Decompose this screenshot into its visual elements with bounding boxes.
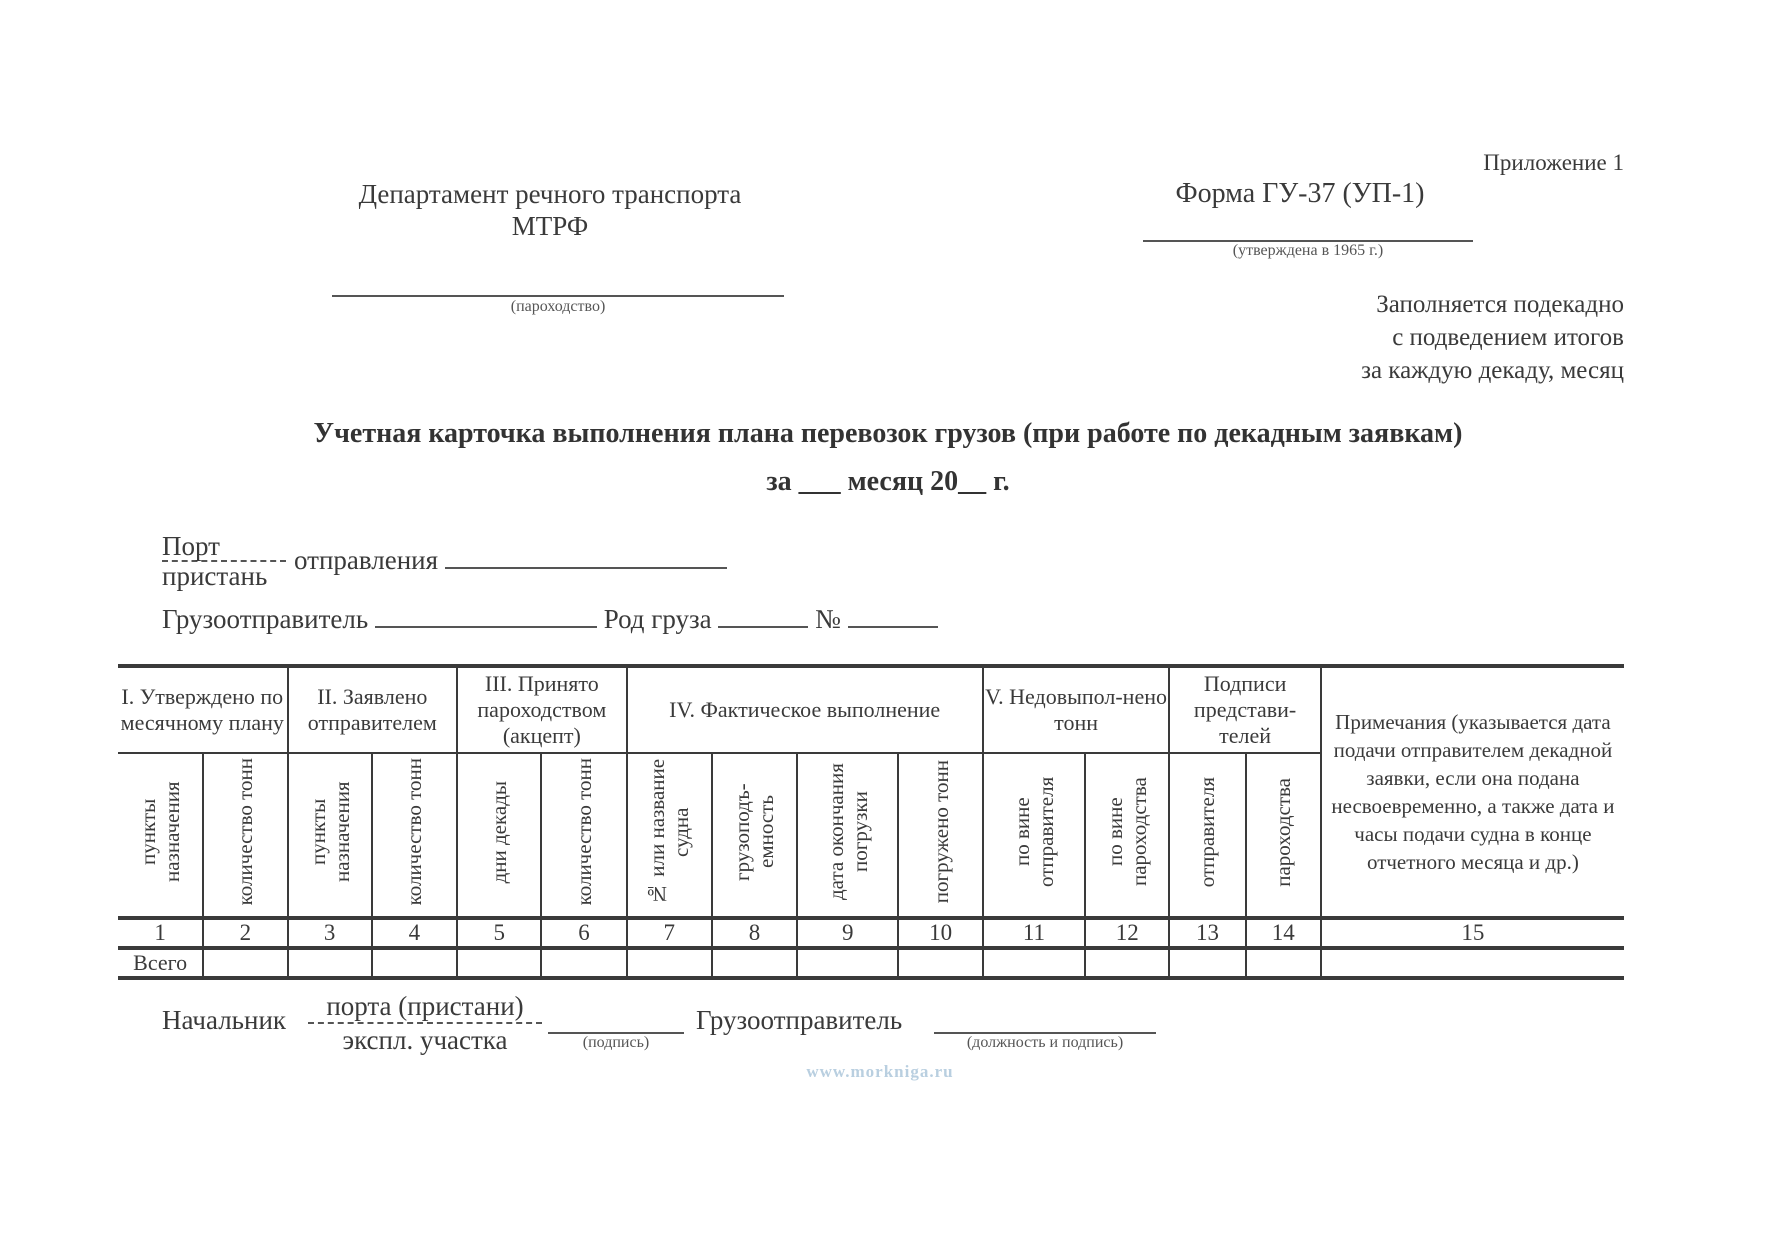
- fill-note-line: с подведением итогов: [1200, 321, 1624, 354]
- column-number: 6: [541, 918, 626, 948]
- shipper-row: Грузоотправитель Род груза №: [162, 604, 938, 635]
- subheader-text: пункты назначения: [306, 754, 354, 910]
- document-period: за ___ месяц 20__ г.: [100, 466, 1676, 498]
- subheader: дата окончания погрузки: [797, 753, 898, 918]
- fill-note-line: за каждую декаду, месяц: [1200, 354, 1624, 387]
- column-number: 14: [1246, 918, 1321, 948]
- column-number: 12: [1085, 918, 1169, 948]
- subheader: пункты назначения: [288, 753, 372, 918]
- number-input[interactable]: [848, 604, 938, 628]
- subheader: по вине пароходства: [1085, 753, 1169, 918]
- column-number: 4: [372, 918, 457, 948]
- subheader: грузоподъ-емность: [712, 753, 797, 918]
- appendix-label: Приложение 1: [1380, 150, 1624, 176]
- table-cell[interactable]: [898, 948, 982, 978]
- department-name: Департамент речного транспорта МТРФ: [300, 178, 800, 242]
- subheader: пункты назначения: [118, 753, 203, 918]
- subheader-text: грузоподъ-емность: [730, 754, 778, 910]
- subheader-text: пароходства: [1271, 778, 1295, 887]
- shipper-label: Грузоотправитель: [162, 604, 368, 634]
- subheader: отправителя: [1169, 753, 1245, 918]
- table-cell[interactable]: [203, 948, 287, 978]
- subheader-text: дата окончания погрузки: [824, 754, 872, 910]
- position-signature-caption: (должность и подпись): [934, 1034, 1156, 1052]
- department-line-2: МТРФ: [300, 210, 800, 242]
- subheader-text: № или название судна: [645, 754, 693, 910]
- shipper-signature-label: Грузоотправитель: [696, 1005, 902, 1036]
- table-cell[interactable]: [712, 948, 797, 978]
- subheader-text: количество тонн: [402, 758, 426, 905]
- pier-label: пристань: [162, 561, 267, 591]
- column-number: 15: [1321, 918, 1624, 948]
- column-number: 5: [457, 918, 541, 948]
- shipper-input[interactable]: [375, 604, 597, 628]
- subheader-text: дни декады: [487, 781, 511, 883]
- column-number: 3: [288, 918, 372, 948]
- subheader-text: количество тонн: [572, 758, 596, 905]
- group-header: II. Заявлено отправителем: [288, 666, 458, 753]
- total-row: Всего: [118, 948, 1624, 978]
- document-title: Учетная карточка выполнения плана перево…: [100, 418, 1676, 450]
- subheader-text: по вине пароходства: [1103, 754, 1151, 910]
- table-cell[interactable]: [541, 948, 626, 978]
- departure-field: отправления: [294, 545, 727, 576]
- table-cell[interactable]: [1085, 948, 1169, 978]
- subheader-text: по вине отправителя: [1010, 754, 1058, 910]
- group-header: I. Утверждено по месячному плану: [118, 666, 288, 753]
- table-cell[interactable]: [797, 948, 898, 978]
- column-number: 8: [712, 918, 797, 948]
- subheader-text: количество тонн: [233, 758, 257, 905]
- departure-port-input[interactable]: [445, 545, 727, 569]
- shipping-company-caption: (пароходство): [332, 298, 784, 316]
- notes-header: Примечания (указывается дата подачи отпр…: [1321, 666, 1624, 918]
- cargo-type-label: Род груза: [604, 604, 712, 634]
- number-label: №: [815, 604, 841, 634]
- group-header: IV. Фактическое выполнение: [627, 666, 983, 753]
- subheader: дни декады: [457, 753, 541, 918]
- subheader-text: погружено тонн: [929, 760, 953, 903]
- total-label: Всего: [118, 948, 203, 978]
- table-cell[interactable]: [288, 948, 372, 978]
- plan-table: I. Утверждено по месячному плану II. Зая…: [118, 664, 1624, 980]
- chief-section-label: экспл. участка: [343, 1025, 508, 1055]
- column-number: 1: [118, 918, 203, 948]
- chief-port-label: порта (пристани): [308, 990, 542, 1024]
- form-name: Форма ГУ-37 (УП-1): [1140, 178, 1460, 210]
- column-numbers-row: 1 2 3 4 5 6 7 8 9 10 11 12 13 14 15: [118, 918, 1624, 948]
- subheader: количество тонн: [203, 753, 287, 918]
- table-cell[interactable]: [1246, 948, 1321, 978]
- group-header: III. Принято пароходством (акцепт): [457, 666, 627, 753]
- subheader-text: отправителя: [1195, 777, 1219, 887]
- table-cell[interactable]: [372, 948, 457, 978]
- subheader: № или название судна: [627, 753, 712, 918]
- table-cell[interactable]: [1169, 948, 1245, 978]
- table-cell[interactable]: [983, 948, 1085, 978]
- cargo-type-input[interactable]: [718, 604, 808, 628]
- port-fraction: Порт пристань: [162, 532, 286, 590]
- subheader: по вине отправителя: [983, 753, 1085, 918]
- chief-fraction: порта (пристани) экспл. участка: [308, 990, 542, 1056]
- column-number: 11: [983, 918, 1085, 948]
- table-cell[interactable]: [627, 948, 712, 978]
- column-number: 10: [898, 918, 982, 948]
- departure-label: отправления: [294, 545, 438, 575]
- form-approval-caption: (утверждена в 1965 г.): [1143, 242, 1473, 260]
- table-cell[interactable]: [457, 948, 541, 978]
- chief-label: Начальник: [162, 1005, 286, 1036]
- fill-instruction: Заполняется подекадно с подведением итог…: [1200, 288, 1624, 387]
- subheader: погружено тонн: [898, 753, 982, 918]
- group-header: V. Недовыпол-нено тонн: [983, 666, 1170, 753]
- table-cell[interactable]: [1321, 948, 1624, 978]
- subheader: количество тонн: [541, 753, 626, 918]
- group-header: Подписи представи-телей: [1169, 666, 1320, 753]
- subheader: пароходства: [1246, 753, 1321, 918]
- watermark: www.morkniga.ru: [700, 1062, 1060, 1082]
- column-number: 9: [797, 918, 898, 948]
- department-line-1: Департамент речного транспорта: [300, 178, 800, 210]
- subheader-text: пункты назначения: [136, 754, 184, 910]
- column-number: 2: [203, 918, 287, 948]
- column-number: 13: [1169, 918, 1245, 948]
- signature-caption: (подпись): [548, 1034, 684, 1052]
- column-number: 7: [627, 918, 712, 948]
- port-label: Порт: [162, 532, 286, 562]
- subheader: количество тонн: [372, 753, 457, 918]
- fill-note-line: Заполняется подекадно: [1200, 288, 1624, 321]
- shipping-company-line[interactable]: [332, 295, 784, 297]
